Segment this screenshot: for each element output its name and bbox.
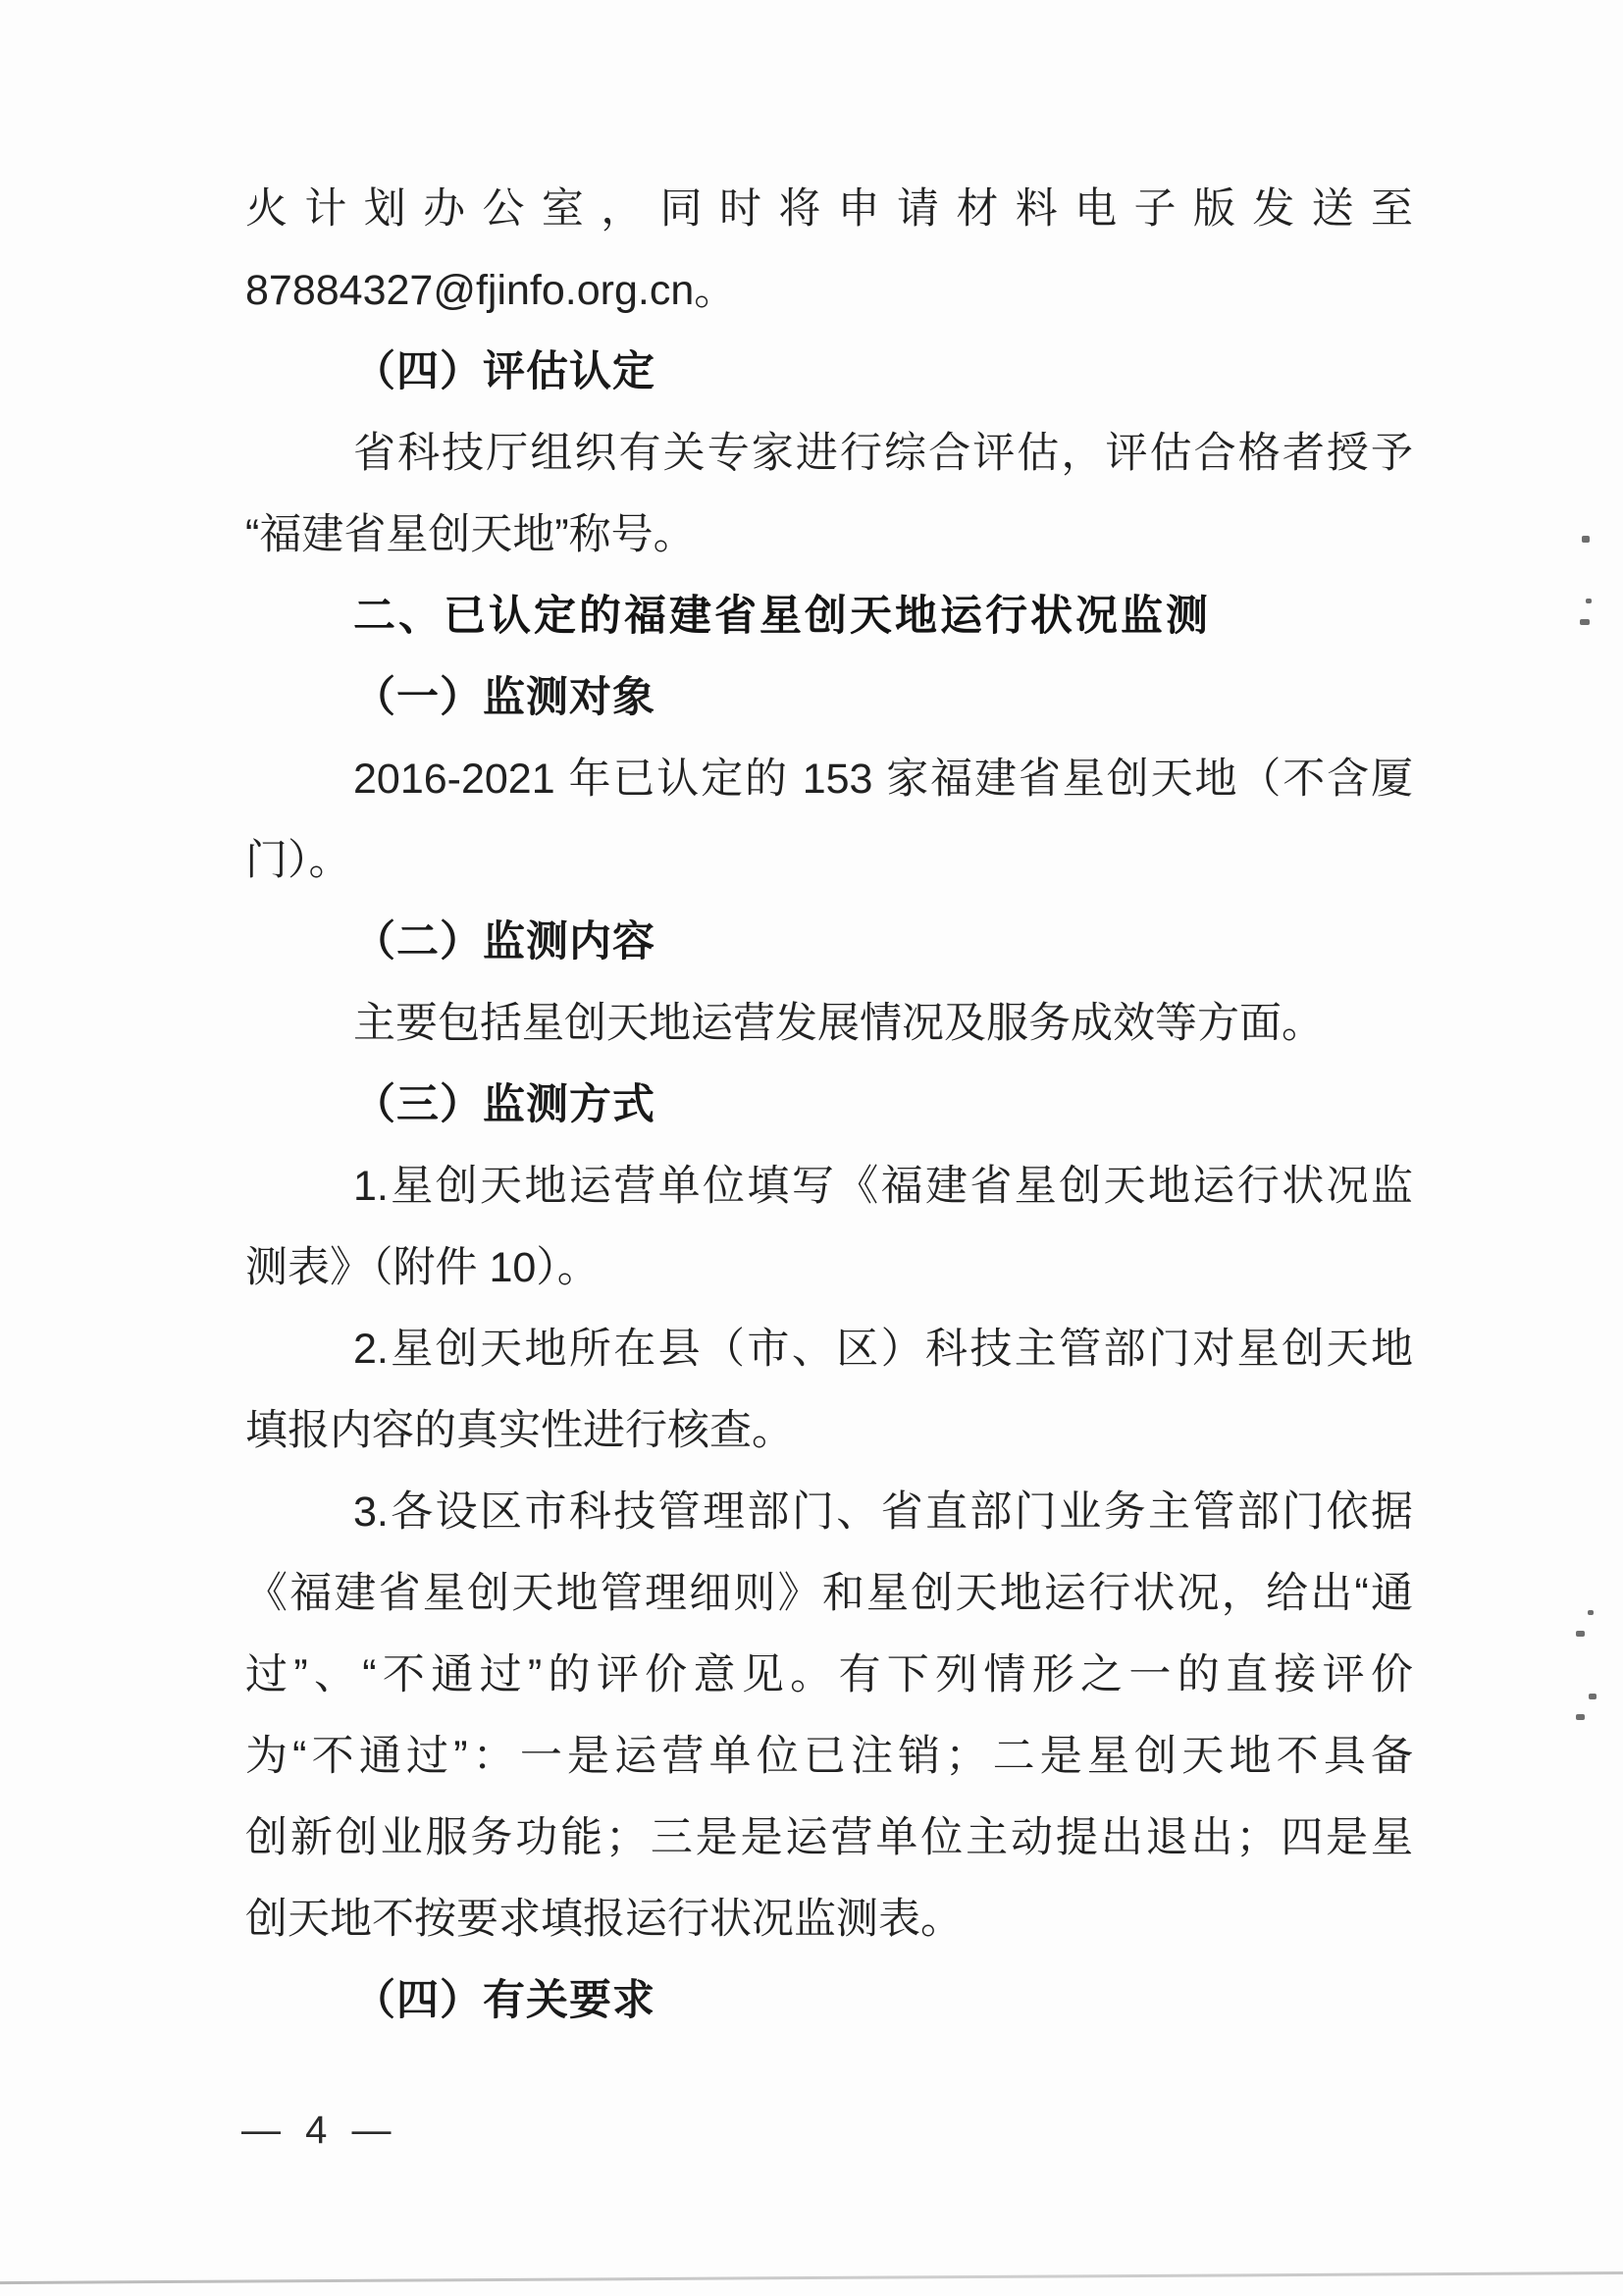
- scan-speck: [1580, 619, 1590, 625]
- scan-speck: [1586, 599, 1592, 603]
- page-number: — 4 —: [241, 2104, 393, 2157]
- text-line-9: 门）。: [245, 820, 1413, 902]
- text-line-17: 3.各设区市科技管理部门、省直部门业务主管部门依据: [245, 1472, 1413, 1553]
- text-line-4: 省科技厅组织有关专家进行综合评估，评估合格者授予: [245, 413, 1413, 495]
- scan-speck: [1588, 1610, 1594, 1615]
- text-line-18: 《福建省星创天地管理细则》和星创天地运行状况，给出“通: [245, 1553, 1413, 1635]
- text-line-6: 二、已认定的福建省星创天地运行状况监测: [245, 576, 1413, 657]
- text-line-10: （二）监测内容: [245, 902, 1413, 983]
- scan-speck: [1576, 1714, 1585, 1720]
- text-line-1: 火计划办公室，同时将申请材料电子版发送至: [245, 169, 1413, 250]
- scan-edge-line: [0, 2271, 1623, 2284]
- text-line-15: 2.星创天地所在县（市、区）科技主管部门对星创天地: [245, 1309, 1413, 1390]
- text-line-20: 为“不通过”：一是运营单位已注销；二是星创天地不具备: [245, 1716, 1413, 1798]
- document-page: 火计划办公室，同时将申请材料电子版发送至87884327@fjinfo.org.…: [0, 0, 1623, 2296]
- text-line-7: （一）监测对象: [245, 657, 1413, 739]
- scan-speck: [1582, 536, 1590, 543]
- scan-speck: [1589, 1694, 1597, 1699]
- text-line-12: （三）监测方式: [245, 1065, 1413, 1146]
- text-line-8: 2016-2021 年已认定的 153 家福建省星创天地（不含厦: [245, 739, 1413, 820]
- scan-speck: [1576, 1631, 1585, 1637]
- text-line-3: （四）评估认定: [245, 332, 1413, 413]
- document-body: 火计划办公室，同时将申请材料电子版发送至87884327@fjinfo.org.…: [245, 169, 1413, 2042]
- text-line-5: “福建省星创天地”称号。: [245, 495, 1413, 576]
- text-line-16: 填报内容的真实性进行核查。: [245, 1390, 1413, 1472]
- text-line-11: 主要包括星创天地运营发展情况及服务成效等方面。: [245, 983, 1413, 1065]
- text-line-2: 87884327@fjinfo.org.cn。: [245, 250, 1413, 332]
- text-line-23: （四）有关要求: [245, 1960, 1413, 2042]
- text-line-21: 创新创业服务功能；三是是运营单位主动提出退出；四是星: [245, 1798, 1413, 1879]
- text-line-14: 测表》（附件 10）。: [245, 1227, 1413, 1309]
- text-line-19: 过”、“不通过”的评价意见。有下列情形之一的直接评价: [245, 1635, 1413, 1716]
- text-line-13: 1.星创天地运营单位填写《福建省星创天地运行状况监: [245, 1146, 1413, 1227]
- text-line-22: 创天地不按要求填报运行状况监测表。: [245, 1879, 1413, 1960]
